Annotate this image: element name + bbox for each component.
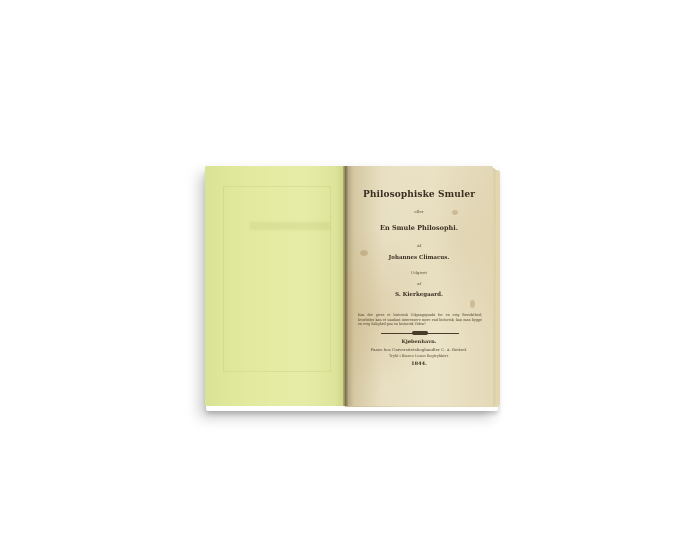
book-editor: S. Kierkegaard. xyxy=(345,292,493,298)
title-af-2: af xyxy=(345,281,493,286)
left-page-endpaper xyxy=(205,166,347,406)
foxing-spot xyxy=(470,300,475,308)
ornamental-rule-center xyxy=(412,331,428,335)
title-udgivet: Udgivet xyxy=(345,270,493,275)
publication-place: Kjøbenhavn. xyxy=(345,339,493,345)
open-book: Philosophiske Smuler eller En Smule Phil… xyxy=(0,0,700,558)
printer-line: Trykt i Bianco Lunos Bogtrykkeri. xyxy=(345,354,493,358)
book-subtitle: En Smule Philosophi. xyxy=(345,224,493,232)
left-page-show-through xyxy=(250,222,330,230)
book-gutter xyxy=(343,166,348,406)
book-epigraph: Kan der gives et historisk Udgangspunkt … xyxy=(358,313,482,327)
right-page-title-page xyxy=(345,166,493,406)
publication-year: 1844. xyxy=(345,361,493,367)
title-eller: eller xyxy=(345,209,493,214)
book-title: Philosophiske Smuler xyxy=(345,190,493,200)
book-author: Johannes Climacus. xyxy=(345,255,493,261)
publisher-line: Faaes hos Universitetsboghandler C. A. R… xyxy=(345,347,493,352)
title-af: Af xyxy=(345,243,493,248)
